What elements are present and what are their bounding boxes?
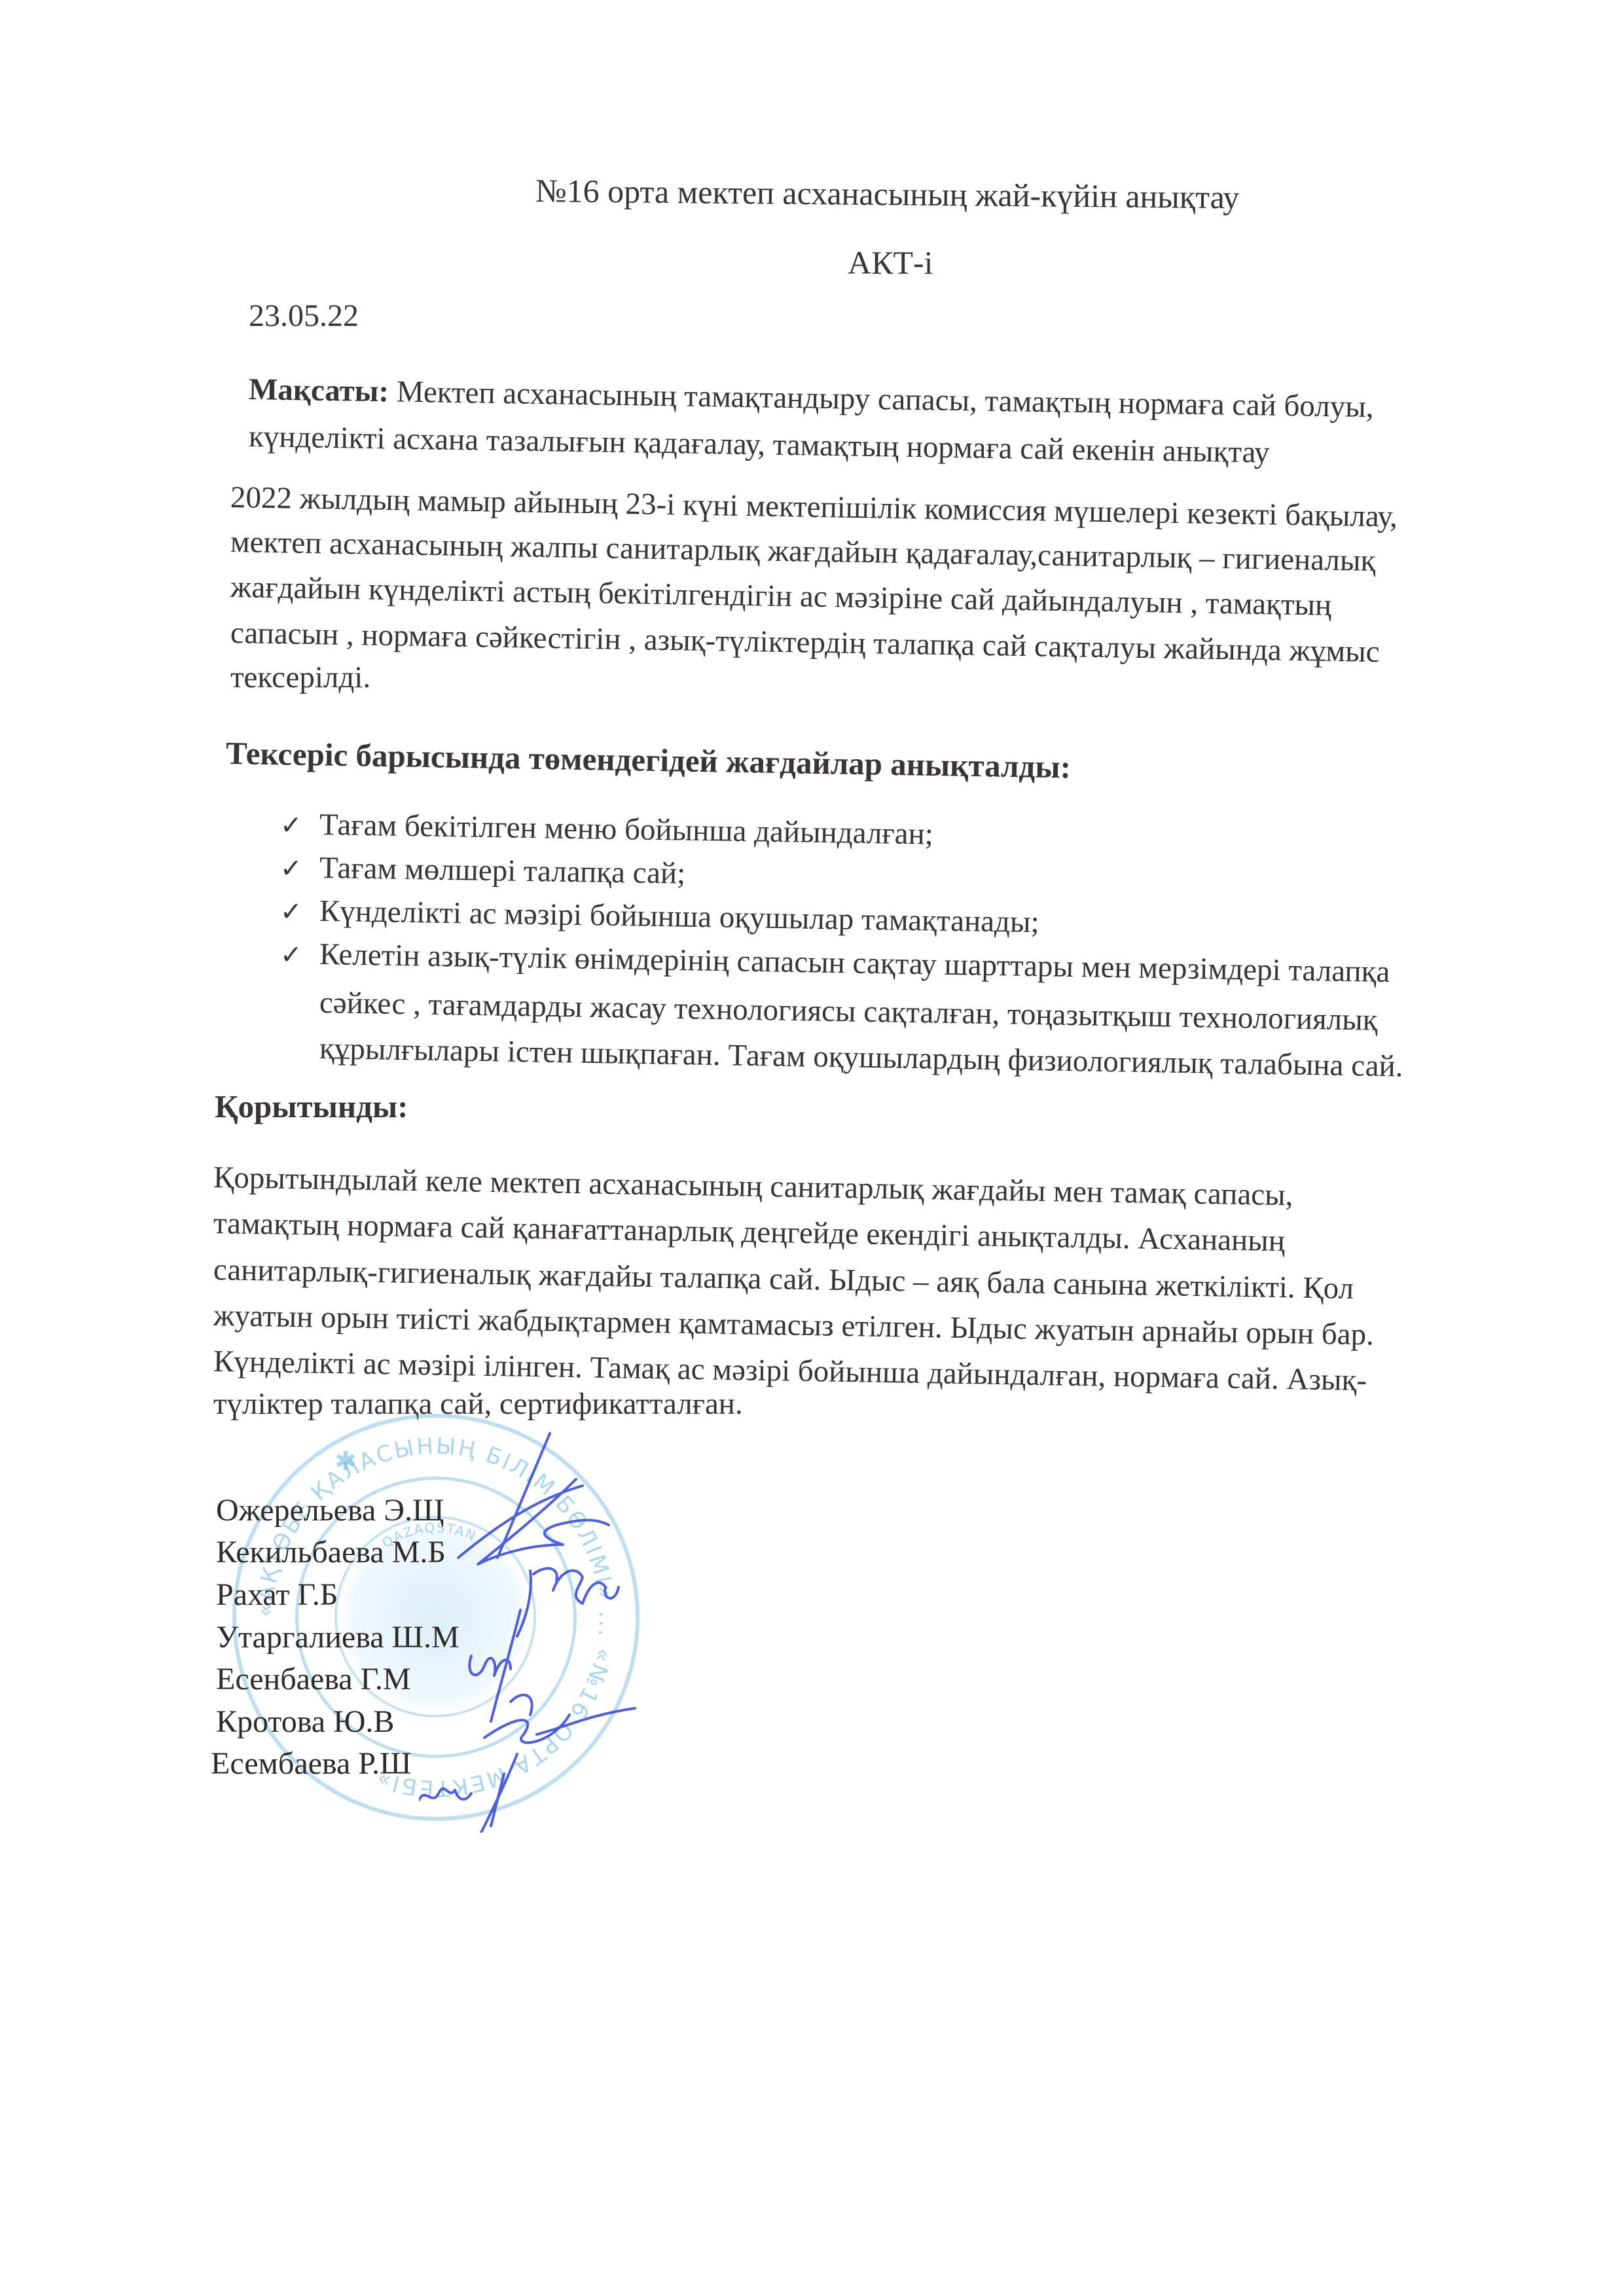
intro-line: жағдайын күнделікті астың бекітілгендігі… bbox=[230, 569, 1332, 623]
check-icon: ✓ bbox=[280, 940, 320, 971]
conclusion-line: жуатын орын тиісті жабдықтармен қамтамас… bbox=[213, 1298, 1375, 1352]
conclusion-line: санитарлық-гигиеналық жағдайы талапқа са… bbox=[213, 1252, 1354, 1306]
document-page: №16 орта мектеп асханасының жай-күйін ан… bbox=[0, 0, 1624, 2296]
intro-line: мектеп асханасының жалпы санитарлық жағд… bbox=[230, 524, 1376, 579]
check-icon: ✓ bbox=[280, 897, 320, 927]
finding-item: ✓Тағам бекітілген меню бойынша дайындалғ… bbox=[280, 806, 934, 852]
finding-text: Тағам мөлшері талапқа сай; bbox=[319, 851, 686, 891]
check-icon: ✓ bbox=[280, 810, 320, 841]
document-title: №16 орта мектеп асханасының жай-күйін ан… bbox=[535, 171, 1240, 216]
finding-item: ✓Тағам мөлшері талапқа сай; bbox=[280, 850, 686, 891]
finding-text: Тағам бекітілген меню бойынша дайындалға… bbox=[319, 808, 934, 852]
purpose-label: Мақсаты: bbox=[249, 372, 389, 408]
intro-line: тексерілді. bbox=[230, 660, 370, 695]
finding-item: ✓Күнделікті ас мәзірі бойынша оқушылар т… bbox=[280, 893, 1039, 940]
signatory-name: Кекильбаева М.Б bbox=[216, 1534, 446, 1570]
finding-item-continued: сәйкес , тағамдарды жасау технологиясы с… bbox=[319, 985, 1379, 1038]
intro-line: сапасын , нормаға сәйкестігін , азық-түл… bbox=[230, 615, 1380, 670]
conclusion-line: тамақтың нормаға сай қанағаттанарлық дең… bbox=[213, 1206, 1286, 1259]
conclusion-heading: Қорытынды: bbox=[215, 1088, 408, 1125]
purpose-line-2: күнделікті асхана тазалығын қадағалау, т… bbox=[249, 419, 1270, 470]
finding-text: Келетін азық-түлік өнімдерінің сапасын с… bbox=[319, 937, 1390, 989]
svg-text:✱: ✱ bbox=[334, 1446, 357, 1477]
handwritten-signatures bbox=[419, 1407, 877, 1833]
check-icon: ✓ bbox=[280, 853, 320, 884]
finding-item-continued: құрылғылары істен шықпаған. Тағам оқушыл… bbox=[319, 1031, 1403, 1084]
purpose-text: Мектеп асханасының тамақтандыру сапасы, … bbox=[389, 374, 1374, 424]
signatory-name: Рахат Г.Б bbox=[216, 1577, 338, 1613]
finding-item: ✓Келетін азық-түлік өнімдерінің сапасын … bbox=[280, 936, 1390, 990]
signatory-name: Есембаева Р.Ш bbox=[211, 1746, 411, 1782]
intro-line: 2022 жылдың мамыр айының 23-і күні мекте… bbox=[230, 480, 1398, 535]
document-date: 23.05.22 bbox=[249, 298, 359, 334]
purpose-line-1: Мақсаты: Мектеп асханасының тамақтандыру… bbox=[249, 372, 1374, 425]
signatory-name: Есенбаева Г.М bbox=[216, 1661, 411, 1697]
findings-heading: Тексеріс барысында төмендегідей жағдайла… bbox=[226, 734, 1072, 785]
document-subtitle: АКТ-і bbox=[848, 243, 933, 281]
signatory-name: Кротова Ю.В bbox=[216, 1704, 394, 1740]
finding-text: Күнделікті ас мәзірі бойынша оқушылар та… bbox=[319, 894, 1039, 939]
signatory-name: Ожерельева Э.Щ bbox=[216, 1492, 444, 1528]
conclusion-line: Қорытындылай келе мектеп асханасының сан… bbox=[213, 1160, 1293, 1213]
